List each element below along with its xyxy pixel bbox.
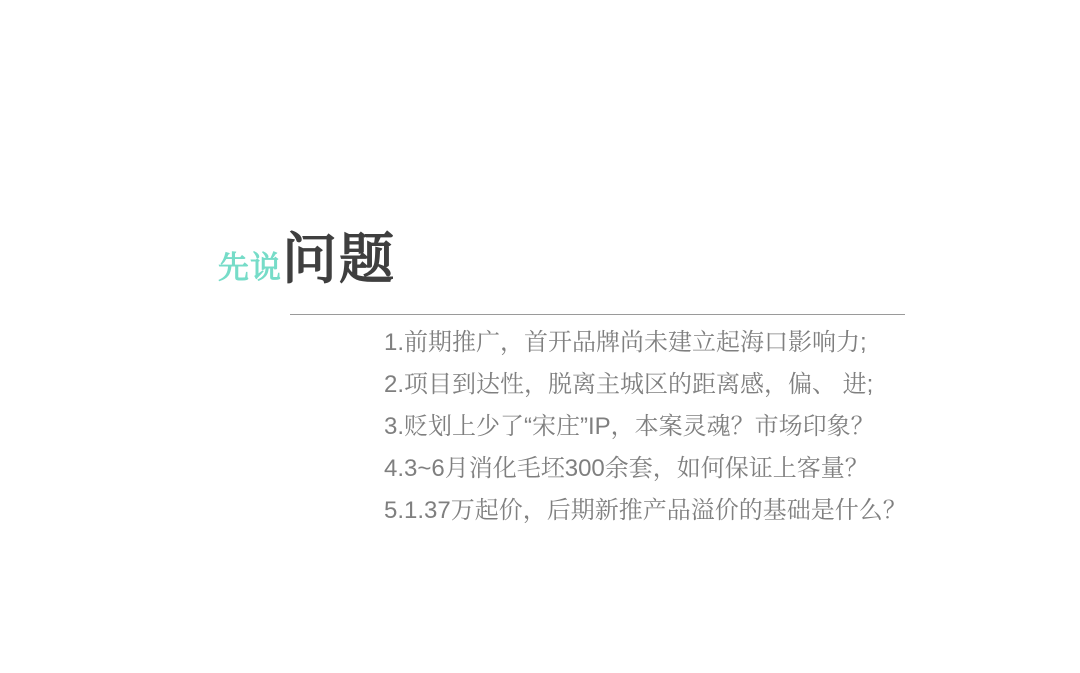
problem-list: 1.前期推广，首开品牌尚未建立起海口影响力; 2.项目到达性，脱离主城区的距离感…: [384, 322, 944, 532]
problem-item-2: 2.项目到达性，脱离主城区的距离感，偏、 进;: [384, 364, 944, 406]
slide-title: 先说 问题: [218, 232, 396, 287]
title-divider: [290, 314, 905, 315]
title-main: 问题: [282, 232, 396, 287]
title-prefix: 先说: [218, 242, 282, 287]
presentation-slide: 先说 问题 1.前期推广，首开品牌尚未建立起海口影响力; 2.项目到达性，脱离主…: [0, 0, 1080, 673]
problem-item-5: 5.1.37万起价，后期新推产品溢价的基础是什么？: [384, 490, 944, 532]
problem-item-3: 3.贬划上少了“宋庄”IP，本案灵魂？市场印象？: [384, 406, 944, 448]
problem-item-4: 4.3~6月消化毛坯300余套，如何保证上客量？: [384, 448, 944, 490]
problem-item-1: 1.前期推广，首开品牌尚未建立起海口影响力;: [384, 322, 944, 364]
